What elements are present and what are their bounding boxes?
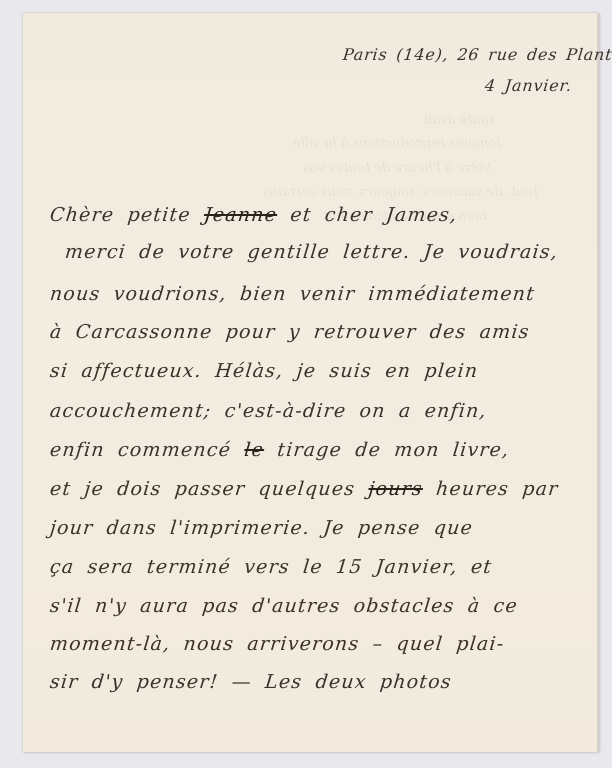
body-line: sir d'y penser! — Les deux photos [49,671,453,693]
body-line-after: tirage de mon livre, [263,439,511,461]
salutation-crossed-word: Jeanne [203,204,278,226]
body-line: nous voudrions, bien venir immédiatement [49,283,536,305]
letter-salutation: Chère petite Jeanne et cher James, [49,204,459,226]
body-line: jour dans l'imprimerie. Je pense que [49,517,474,539]
bleed-through-text: toute avait [423,113,494,128]
bleed-through-text: Votre à l'heure de toutes vos [303,161,492,176]
body-line: et je dois passer quelques jours heures … [49,478,560,500]
body-line: enfin commencé le tirage de mon livre, [49,439,511,461]
body-crossed-word: le [243,439,265,461]
body-line: merci de votre gentille lettre. Je voudr… [64,241,559,263]
body-crossed-word: jours [367,478,424,500]
salutation-before: Chère petite [49,204,205,226]
body-line-before: enfin commencé [49,439,246,461]
body-line-after: heures par [422,478,560,500]
letter-page: toute avait longues reproductions à la v… [23,13,599,752]
letter-date: 4 Janvier. [484,76,573,95]
body-line-before: et je dois passer quelques [49,478,370,500]
body-line: à Carcassonne pour y retrouver des amis [49,321,531,343]
body-line: si affectueux. Hélàs, je suis en plein [49,360,480,382]
letter-address: Paris (14e), 26 rue des Plantes. [342,45,612,64]
body-line: moment-là, nous arriverons – quel plai- [49,633,506,655]
bleed-through-text: longues reproductions à la ville [293,136,501,151]
body-line: accouchement; c'est-à-dire on a enfin, [49,400,488,422]
body-line: s'il n'y aura pas d'autres obstacles à c… [49,595,519,617]
bleed-through-text: tout, de vacances, toujours, mais certai… [263,185,538,200]
salutation-after: et cher James, [276,204,459,226]
body-line: ça sera terminé vers le 15 Janvier, et [49,556,494,578]
